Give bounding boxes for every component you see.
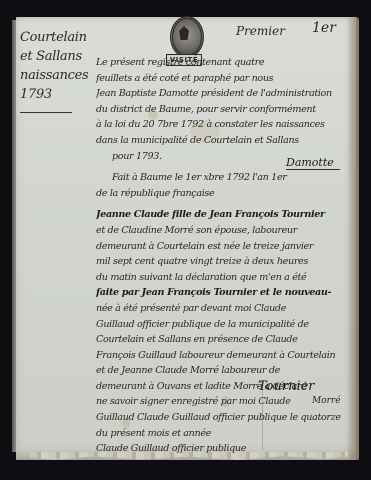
text-line: dans la municipalité de Courtelain et Sa… <box>96 133 354 149</box>
text-line: du présent mois et année <box>96 426 354 442</box>
text-line: demeurant à Courtelain est née le treize… <box>96 239 354 255</box>
margin-annotation: Courtelain et Sallans naissances 1793 <box>20 28 92 104</box>
witness-signature: Tournier <box>258 379 315 394</box>
text-line: Claude Guillaud officier publique <box>96 441 354 457</box>
margin-line: naissances <box>20 66 92 85</box>
margin-line: 1793 <box>20 85 92 104</box>
folio-number: 1er <box>312 20 336 36</box>
president-signature: Damotte <box>286 156 340 170</box>
text-line: du district de Baume, pour servir confor… <box>96 102 354 118</box>
text-line: à la loi du 20 7bre 1792 à constater les… <box>96 117 354 133</box>
margin-line: et Sallans <box>20 47 92 66</box>
margin-line: Courtelain <box>20 28 92 47</box>
page-heading: Premier <box>236 24 285 38</box>
text-line: du matin suivant la déclaration que m'en… <box>96 270 354 286</box>
text-line: Guillaud Claude Guillaud officier publiq… <box>96 410 354 426</box>
text-line: Guillaud officier publique de la municip… <box>96 317 354 333</box>
text-line: de la république française <box>96 186 354 202</box>
text-line: Jeanne Claude fille de Jean François Tou… <box>96 207 354 223</box>
text-line: Jean Baptiste Damotte président de l'adm… <box>96 86 354 102</box>
text-line: Courtelain et Sallans en présence de Cla… <box>96 332 354 348</box>
text-line: François Guillaud laboureur demeurant à … <box>96 348 354 364</box>
document-scan: Courtelain et Sallans naissances 1793 VI… <box>0 0 371 480</box>
margin-underline <box>20 112 72 113</box>
text-line: mil sept cent quatre vingt treize à deux… <box>96 254 354 270</box>
text-line: faite par Jean François Tournier et le n… <box>96 285 354 301</box>
third-signature: Morré <box>312 396 341 406</box>
text-line: Le présent registre contenant quatre <box>96 55 354 71</box>
text-line: Fait à Baume le 1er xbre 1792 l'an 1er <box>96 170 354 186</box>
text-line: et de Jeanne Claude Morré laboureur de <box>96 363 354 379</box>
text-line: feuillets a été coté et paraphé par nous <box>96 71 354 87</box>
text-line: demeurant à Ouvans et ladite Morré a déc… <box>96 379 354 395</box>
text-line: née à été présenté par devant moi Claude <box>96 301 354 317</box>
text-line: et de Claudine Morré son épouse, laboure… <box>96 223 354 239</box>
